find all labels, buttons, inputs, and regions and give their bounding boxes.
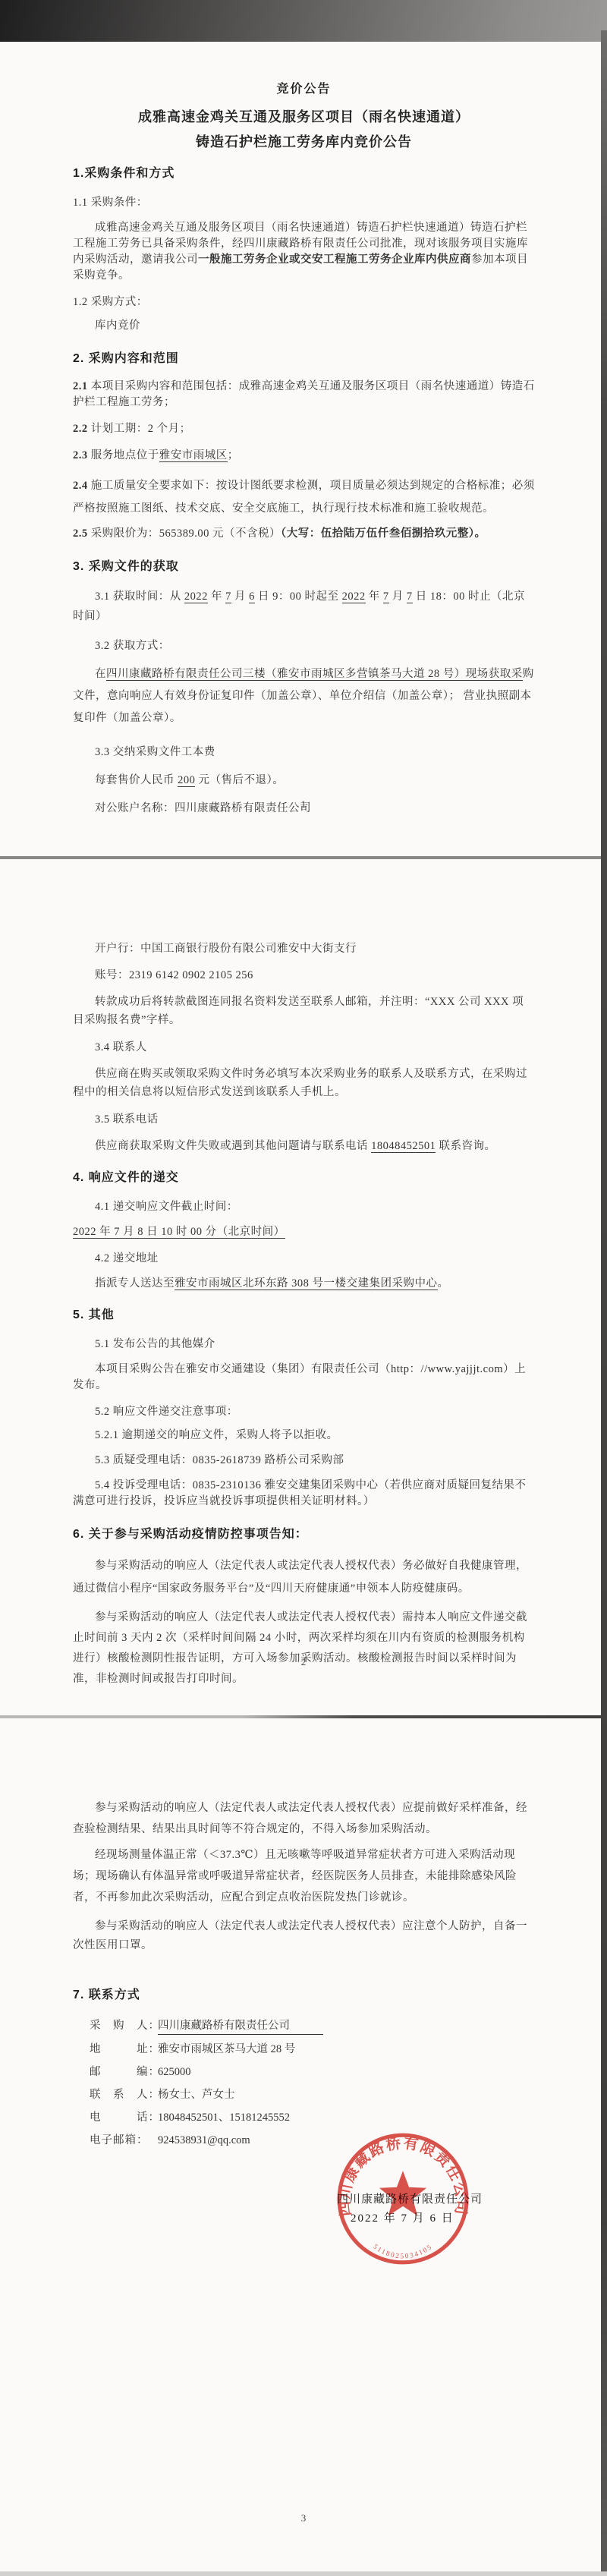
contact-label: 采 购 人： bbox=[90, 2018, 158, 2034]
page-2: 开户行：中国工商银行股份有限公司雅安中大街支行 账号：2319 6142 090… bbox=[0, 859, 607, 1715]
section-6-paragraph-3: 参与采购活动的响应人（法定代表人或法定代表人授权代表）应提前做好采样准备，经查验… bbox=[73, 1797, 535, 1840]
doc-title-line3: 铸造石护栏施工劳务库内竞价公告 bbox=[73, 134, 535, 150]
clause-3-4-paragraph: 供应商在购买或领取采购文件时务必填写本次采购业务的联系人及联系方式，在采购过程中… bbox=[73, 1065, 535, 1101]
transfer-note: 转款成功后将转款截图连同报名资料发送至联系人邮箱，并注明：“XXX 公司 XXX… bbox=[73, 993, 535, 1029]
section-6-paragraph-2: 参与采购活动的响应人（法定代表人或法定代表人授权代表）需持本人响应文件递交截止时… bbox=[73, 1608, 535, 1690]
section-3-heading: 3. 采购文件的获取 bbox=[73, 559, 535, 575]
scan-bottom-edge bbox=[0, 2571, 607, 2576]
page-number: 1 bbox=[0, 796, 607, 812]
clause-3-3-label: 3.3 交纳采购文件工本费 bbox=[73, 745, 535, 761]
clause-3-2-label: 3.2 获取方式： bbox=[73, 638, 535, 654]
section-1-heading: 1.采购条件和方式 bbox=[73, 165, 535, 181]
clause-5-2-label: 5.2 响应文件递交注意事项： bbox=[73, 1404, 535, 1420]
clause-1-1-label: 1.1 采购条件： bbox=[73, 195, 535, 211]
doc-title-line1: 竞价公告 bbox=[73, 81, 535, 97]
clause-4-2-label: 4.2 递交地址 bbox=[73, 1251, 535, 1267]
clause-5-1-paragraph: 本项目采购公告在雅安市交通建设（集团）有限责任公司（http：//www.yaj… bbox=[73, 1362, 535, 1393]
contact-label: 联 系 人： bbox=[90, 2087, 158, 2103]
section-6-heading: 6. 关于参与采购活动疫情防控事项告知： bbox=[73, 1526, 535, 1542]
doc-title-line2: 成雅高速金鸡关互通及服务区项目（雨名快速通道） bbox=[73, 109, 535, 125]
section-4-heading: 4. 响应文件的递交 bbox=[73, 1170, 535, 1186]
contact-value: 四川康藏路桥有限责任公司 bbox=[158, 2018, 323, 2035]
company-stamp-graphic: 四川康藏路桥有限责任公司 5118025034105 bbox=[335, 2130, 471, 2267]
clause-1-1-paragraph: 成雅高速金鸡关互通及服务区项目（雨名快速通道）铸造石护栏快速通道）铸造石护栏工程… bbox=[73, 220, 535, 284]
clause-2-1: 2.1 本项目采购内容和范围包括：成雅高速金鸡关互通及服务区项目（雨名快速通道）… bbox=[73, 379, 535, 411]
contact-label: 电 话： bbox=[90, 2110, 158, 2126]
clause-4-2-paragraph: 指派专人送达至雅安市雨城区北环东路 308 号一楼交建集团采购中心。 bbox=[73, 1276, 535, 1292]
contact-row-purchaser: 采 购 人：四川康藏路桥有限责任公司 bbox=[90, 2018, 535, 2035]
section-2-heading: 2. 采购内容和范围 bbox=[73, 351, 535, 367]
contact-row-person: 联 系 人：杨女士、芦女士 bbox=[90, 2087, 535, 2103]
contact-label: 邮 编： bbox=[90, 2064, 158, 2080]
section-6-paragraph-4: 经现场测量体温正常（＜37.3℃）且无咳嗽等呼吸道异常症状者方可进入采购活动现场… bbox=[73, 1844, 535, 1908]
clause-3-5-paragraph: 供应商获取采购文件失败或遇到其他问题请与联系电话 18048452501 联系咨… bbox=[73, 1138, 535, 1154]
bank-name-line: 开户行：中国工商银行股份有限公司雅安中大街支行 bbox=[73, 941, 535, 957]
clause-5-2-1: 5.2.1 逾期递交的响应文件，采购人将予以拒收。 bbox=[73, 1428, 535, 1444]
section-5-heading: 5. 其他 bbox=[73, 1307, 535, 1323]
page-divider-2 bbox=[0, 1715, 607, 1718]
contact-value: 18048452501、15181245552 bbox=[158, 2112, 290, 2124]
document-scan: 竞价公告 成雅高速金鸡关互通及服务区项目（雨名快速通道） 铸造石护栏施工劳务库内… bbox=[0, 0, 607, 2576]
contact-value: 625000 bbox=[158, 2066, 191, 2078]
contact-value: 924538931@qq.com bbox=[158, 2134, 250, 2146]
page-number: 3 bbox=[0, 2510, 607, 2526]
contact-row-postcode: 邮 编：625000 bbox=[90, 2064, 535, 2080]
company-stamp: 四川康藏路桥有限责任公司 5118025034105 bbox=[335, 2130, 471, 2267]
scan-right-edge bbox=[601, 30, 607, 2571]
page-1: 竞价公告 成雅高速金鸡关互通及服务区项目（雨名快速通道） 铸造石护栏施工劳务库内… bbox=[0, 42, 607, 858]
contact-label: 地 址： bbox=[90, 2042, 158, 2058]
section-6-paragraph-5: 参与采购活动的响应人（法定代表人或法定代表人授权代表）应注意个人防护，自备一次性… bbox=[73, 1917, 535, 1955]
contact-value: 杨女士、芦女士 bbox=[158, 2089, 235, 2101]
clause-4-1-label: 4.1 递交响应文件截止时间： bbox=[73, 1199, 535, 1215]
clause-5-3: 5.3 质疑受理电话：0835-2618739 路桥公司采购部 bbox=[73, 1453, 535, 1469]
clause-1-2-label: 1.2 采购方式： bbox=[73, 294, 535, 310]
clause-5-1-label: 5.1 发布公告的其他媒介 bbox=[73, 1337, 535, 1353]
contact-label: 电子邮箱： bbox=[90, 2133, 158, 2149]
clause-2-5: 2.5 采购限价为：565389.00 元（不含税）（大写：伍拾陆万伍仟叁佰捌拾… bbox=[73, 526, 535, 542]
contact-row-address: 地 址：雅安市雨城区茶马大道 28 号 bbox=[90, 2042, 535, 2058]
clause-2-3: 2.3 服务地点位于雅安市雨城区； bbox=[73, 448, 535, 464]
stamp-star-icon bbox=[379, 2171, 426, 2215]
page-divider-1 bbox=[0, 856, 607, 859]
clause-3-2-paragraph: 在四川康藏路桥有限责任公司三楼（雅安市雨城区多营镇茶马大道 28 号）现场获取采… bbox=[73, 663, 535, 729]
clause-3-5-label: 3.5 联系电话 bbox=[73, 1112, 535, 1128]
clause-5-4: 5.4 投诉受理电话：0835-2310136 雅安交建集团采购中心（若供应商对… bbox=[73, 1478, 535, 1510]
clause-4-1-value: 2022 年 7 月 8 日 10 时 00 分（北京时间） bbox=[73, 1224, 535, 1240]
page-3: 参与采购活动的响应人（法定代表人或法定代表人授权代表）应提前做好采样准备，经查验… bbox=[0, 1718, 607, 2571]
contact-value: 雅安市雨城区茶马大道 28 号 bbox=[158, 2043, 295, 2055]
contact-row-phone: 电 话：18048452501、15181245552 bbox=[90, 2110, 535, 2126]
contact-block: 采 购 人：四川康藏路桥有限责任公司 地 址：雅安市雨城区茶马大道 28 号 邮… bbox=[90, 2018, 535, 2149]
section-6-paragraph-1: 参与采购活动的响应人（法定代表人或法定代表人授权代表）务必做好自我健康管理，通过… bbox=[73, 1554, 535, 1600]
clause-3-4-label: 3.4 联系人 bbox=[73, 1040, 535, 1056]
page-number: 2 bbox=[0, 1654, 607, 1670]
bank-account-line: 账号：2319 6142 0902 2105 256 bbox=[73, 968, 535, 984]
scan-top-edge bbox=[0, 0, 607, 42]
clause-3-3-price: 每套售价人民币 200 元（售后不退）。 bbox=[73, 773, 535, 789]
clause-2-2: 2.2 计划工期：2 个月； bbox=[73, 421, 535, 437]
clause-3-1: 3.1 获取时间：从 2022 年 7 月 6 日 9：00 时起至 2022 … bbox=[73, 587, 535, 626]
clause-2-4: 2.4 施工质量安全要求如下：按设计图纸要求检测，项目质量必须达到规定的合格标准… bbox=[73, 474, 535, 520]
clause-1-2-value: 库内竞价 bbox=[73, 318, 535, 334]
section-7-heading: 7. 联系方式 bbox=[73, 1987, 535, 2003]
